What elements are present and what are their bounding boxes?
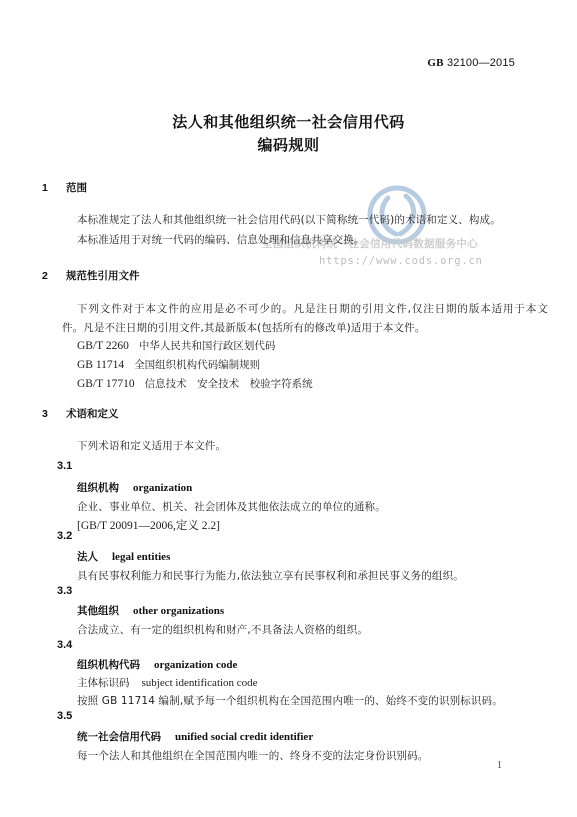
section-title: 规范性引用文件 <box>66 270 140 282</box>
reference-code: GB 11714 <box>77 359 124 371</box>
clause-number: 3.1 <box>57 460 72 472</box>
reference-item: GB 11714全国组织机构代码编制规则 <box>77 357 260 372</box>
document-title-line1: 法人和其他组织统一社会信用代码 <box>0 111 577 132</box>
term-source: [GB/T 20091—2006,定义 2.2] <box>77 517 220 533</box>
term-definition: 合法成立、有一定的组织机构和财产,不具备法人资格的组织。 <box>77 622 368 637</box>
alt-term-zh: 主体标识码 <box>77 677 130 689</box>
term-definition: 企业、事业单位、机关、社会团体及其他依法成立的单位的通称。 <box>77 499 386 514</box>
document-title-line2: 编码规则 <box>0 134 577 155</box>
term-definition: 每一个法人和其他组织在全国范围内唯一的、终身不变的法定身份识别码。 <box>77 748 428 763</box>
term-definition: 按照 GB 11714 编制,赋予每一个组织机构在全国范围内唯一的、始终不变的识… <box>77 693 503 708</box>
page-number: 1 <box>497 760 502 771</box>
reference-code: GB/T 2260 <box>77 340 129 352</box>
alt-term-en: subject identification code <box>142 677 258 689</box>
term-heading: 组织机构organization <box>77 480 192 495</box>
term-en: unified social credit identifier <box>175 731 313 743</box>
section-number: 3 <box>42 408 66 420</box>
term-heading: 法人legal entities <box>77 549 170 564</box>
reference-item: GB/T 2260中华人民共和国行政区划代码 <box>77 338 275 353</box>
reference-title: 全国组织机构代码编制规则 <box>134 359 260 371</box>
section-number: 1 <box>42 182 66 194</box>
term-definition: 具有民事权利能力和民事行为能力,依法独立享有民事权利和承担民事义务的组织。 <box>77 568 464 583</box>
section-heading-terms: 3术语和定义 <box>42 406 119 421</box>
scope-paragraph-1: 本标准规定了法人和其他组织统一社会信用代码(以下简称统一代码)的术语和定义、构成… <box>77 212 501 227</box>
standard-code: 32100—2015 <box>447 57 515 69</box>
reference-title: 中华人民共和国行政区划代码 <box>139 340 276 352</box>
term-en: organization <box>133 482 192 494</box>
reference-title: 信息技术 安全技术 校验字符系统 <box>145 378 313 390</box>
term-zh: 组织机构代码 <box>77 659 140 671</box>
clause-number: 3.2 <box>57 530 72 542</box>
standard-prefix: GB <box>427 57 443 69</box>
section-heading-normative-references: 2规范性引用文件 <box>42 268 140 283</box>
references-intro-line1: 下列文件对于本文件的应用是必不可少的。凡是注日期的引用文件,仅注日期的版本适用于… <box>77 301 549 316</box>
clause-number: 3.5 <box>57 710 72 722</box>
clause-number: 3.3 <box>57 585 72 597</box>
term-en: legal entities <box>112 551 170 563</box>
standard-number: GB 32100—2015 <box>427 57 515 69</box>
term-heading: 统一社会信用代码unified social credit identifier <box>77 729 313 744</box>
section-heading-scope: 1范围 <box>42 180 87 195</box>
clause-number: 3.4 <box>57 639 72 651</box>
term-heading: 其他组织other organizations <box>77 603 224 618</box>
term-zh: 组织机构 <box>77 482 119 494</box>
section-title: 术语和定义 <box>66 408 119 420</box>
term-en: organization code <box>154 659 237 671</box>
term-zh: 法人 <box>77 551 98 563</box>
term-heading: 组织机构代码organization code <box>77 657 237 672</box>
section-number: 2 <box>42 270 66 282</box>
scope-paragraph-2: 本标准适用于对统一代码的编码、信息处理和信息共享交换。 <box>77 232 365 247</box>
reference-item: GB/T 17710信息技术 安全技术 校验字符系统 <box>77 376 313 391</box>
watermark-url: https://www.cods.org.cn <box>319 255 483 267</box>
document-page: GB 32100—2015 法人和其他组织统一社会信用代码 编码规则 全国组织机… <box>0 0 577 817</box>
references-intro-line2: 件。凡是不注日期的引用文件,其最新版本(包括所有的修改单)适用于本文件。 <box>62 320 425 335</box>
section-title: 范围 <box>66 182 87 194</box>
reference-code: GB/T 17710 <box>77 378 135 390</box>
alt-term: 主体标识码subject identification code <box>77 675 258 690</box>
terms-intro: 下列术语和定义适用于本文件。 <box>77 438 226 453</box>
term-zh: 统一社会信用代码 <box>77 731 161 743</box>
term-en: other organizations <box>133 605 224 617</box>
term-zh: 其他组织 <box>77 605 119 617</box>
